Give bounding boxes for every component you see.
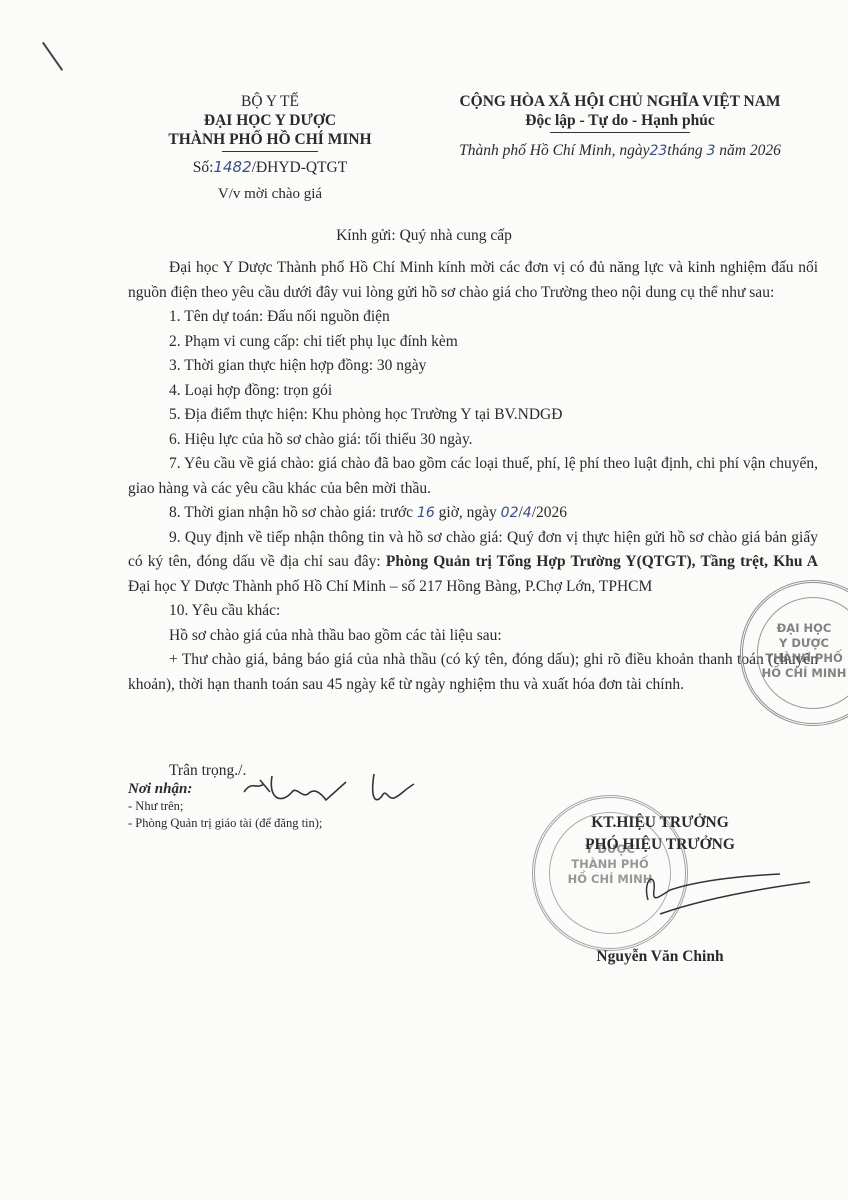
price-requirement: 7. Yêu cầu về giá chào: giá chào đã bao … [128,452,818,501]
main-signature [640,860,820,920]
list-item: 3. Thời gian thực hiện hợp đồng: 30 ngày [169,354,818,379]
list-item: 4. Loại hợp đồng: trọn gói [169,379,818,404]
document-number: Số:1482/ĐHYD-QTGT [120,156,420,179]
signer-title: KT.HIỆU TRƯỞNG [555,812,765,834]
salutation: Kính gửi: Quý nhà cung cấp [0,227,848,245]
scan-mark [42,42,63,71]
ministry-name: BỘ Y TẾ [120,92,420,111]
intro-paragraph: Đại học Y Dược Thành phố Hồ Chí Minh kín… [128,256,818,305]
university-name-line1: ĐẠI HỌC Y DƯỢC [120,111,420,130]
deadline-hour: 16 [417,505,435,521]
date-year: năm 2026 [719,142,781,159]
documents-intro: Hồ sơ chào giá của nhà thầu bao gồm các … [169,624,818,649]
signer-name: Nguyễn Văn Chinh [555,948,765,966]
university-seal-edge: ĐẠI HỌC Y DƯỢC THÀNH PHỐ HỒ CHÍ MINH [740,580,848,726]
deadline-day: 02 [501,505,519,521]
seal-line: ĐẠI HỌC [743,621,848,636]
address-detail: Đại học Y Dược Thành phố Hồ Chí Minh – s… [128,578,652,595]
list-item: 5. Địa điểm thực hiện: Khu phòng học Trư… [169,403,818,428]
university-name-line2: THÀNH PHỐ HỒ CHÍ MINH [120,130,420,149]
list-item: 6. Hiệu lực của hồ sơ chào giá: tối thiể… [169,428,818,453]
national-header: CỘNG HÒA XÃ HỘI CHỦ NGHĨA VIỆT NAM Độc l… [420,92,820,161]
other-requirements: 10. Yêu cầu khác: [169,599,818,624]
date-month: 3 [706,143,715,159]
seal-text: ĐẠI HỌC Y DƯỢC THÀNH PHỐ HỒ CHÍ MINH [743,583,848,681]
document-subject: V/v mời chào giá [120,186,420,203]
signer-role: PHÓ HIỆU TRƯỞNG [555,834,765,856]
motto-divider [550,132,690,133]
doc-number-handwritten: 1482 [213,158,251,176]
deadline-month: 4 [523,505,532,521]
document-date: Thành phố Hồ Chí Minh, ngày23tháng 3 năm… [420,141,820,161]
date-month-label: tháng [667,142,702,159]
documents-item: + Thư chào giá, bảng báo giá của nhà thầ… [128,648,818,697]
doc-number-prefix: Số: [193,159,214,176]
deadline-middle: giờ, ngày [435,504,501,521]
date-prefix: Thành phố Hồ Chí Minh, ngày [459,142,649,159]
letter-body: Đại học Y Dược Thành phố Hồ Chí Minh kín… [128,256,818,697]
header-divider [222,151,318,152]
seal-line: THÀNH PHỐ [743,651,848,666]
deadline-year: /2026 [532,504,567,521]
submission-deadline: 8. Thời gian nhận hồ sơ chào giá: trước … [169,501,818,526]
list-item: 1. Tên dự toán: Đấu nối nguồn điện [169,305,818,330]
date-day: 23 [649,143,667,159]
seal-line: HỒ CHÍ MINH [743,666,848,681]
list-item: 2. Phạm vi cung cấp: chi tiết phụ lục đí… [169,330,818,355]
address-office: Phòng Quản trị Tổng Hợp Trường Y(QTGT), … [386,553,818,570]
submission-address: 9. Quy định về tiếp nhận thông tin và hồ… [128,526,818,600]
seal-line: Y DƯỢC [743,636,848,651]
deadline-prefix: 8. Thời gian nhận hồ sơ chào giá: trước [169,504,417,521]
national-motto: Độc lập - Tự do - Hạnh phúc [420,111,820,131]
issuer-header: BỘ Y TẾ ĐẠI HỌC Y DƯỢC THÀNH PHỐ HỒ CHÍ … [120,92,420,203]
doc-number-suffix: /ĐHYD-QTGT [252,159,348,176]
initial-signature [242,770,442,820]
country-name: CỘNG HÒA XÃ HỘI CHỦ NGHĨA VIỆT NAM [420,92,820,111]
